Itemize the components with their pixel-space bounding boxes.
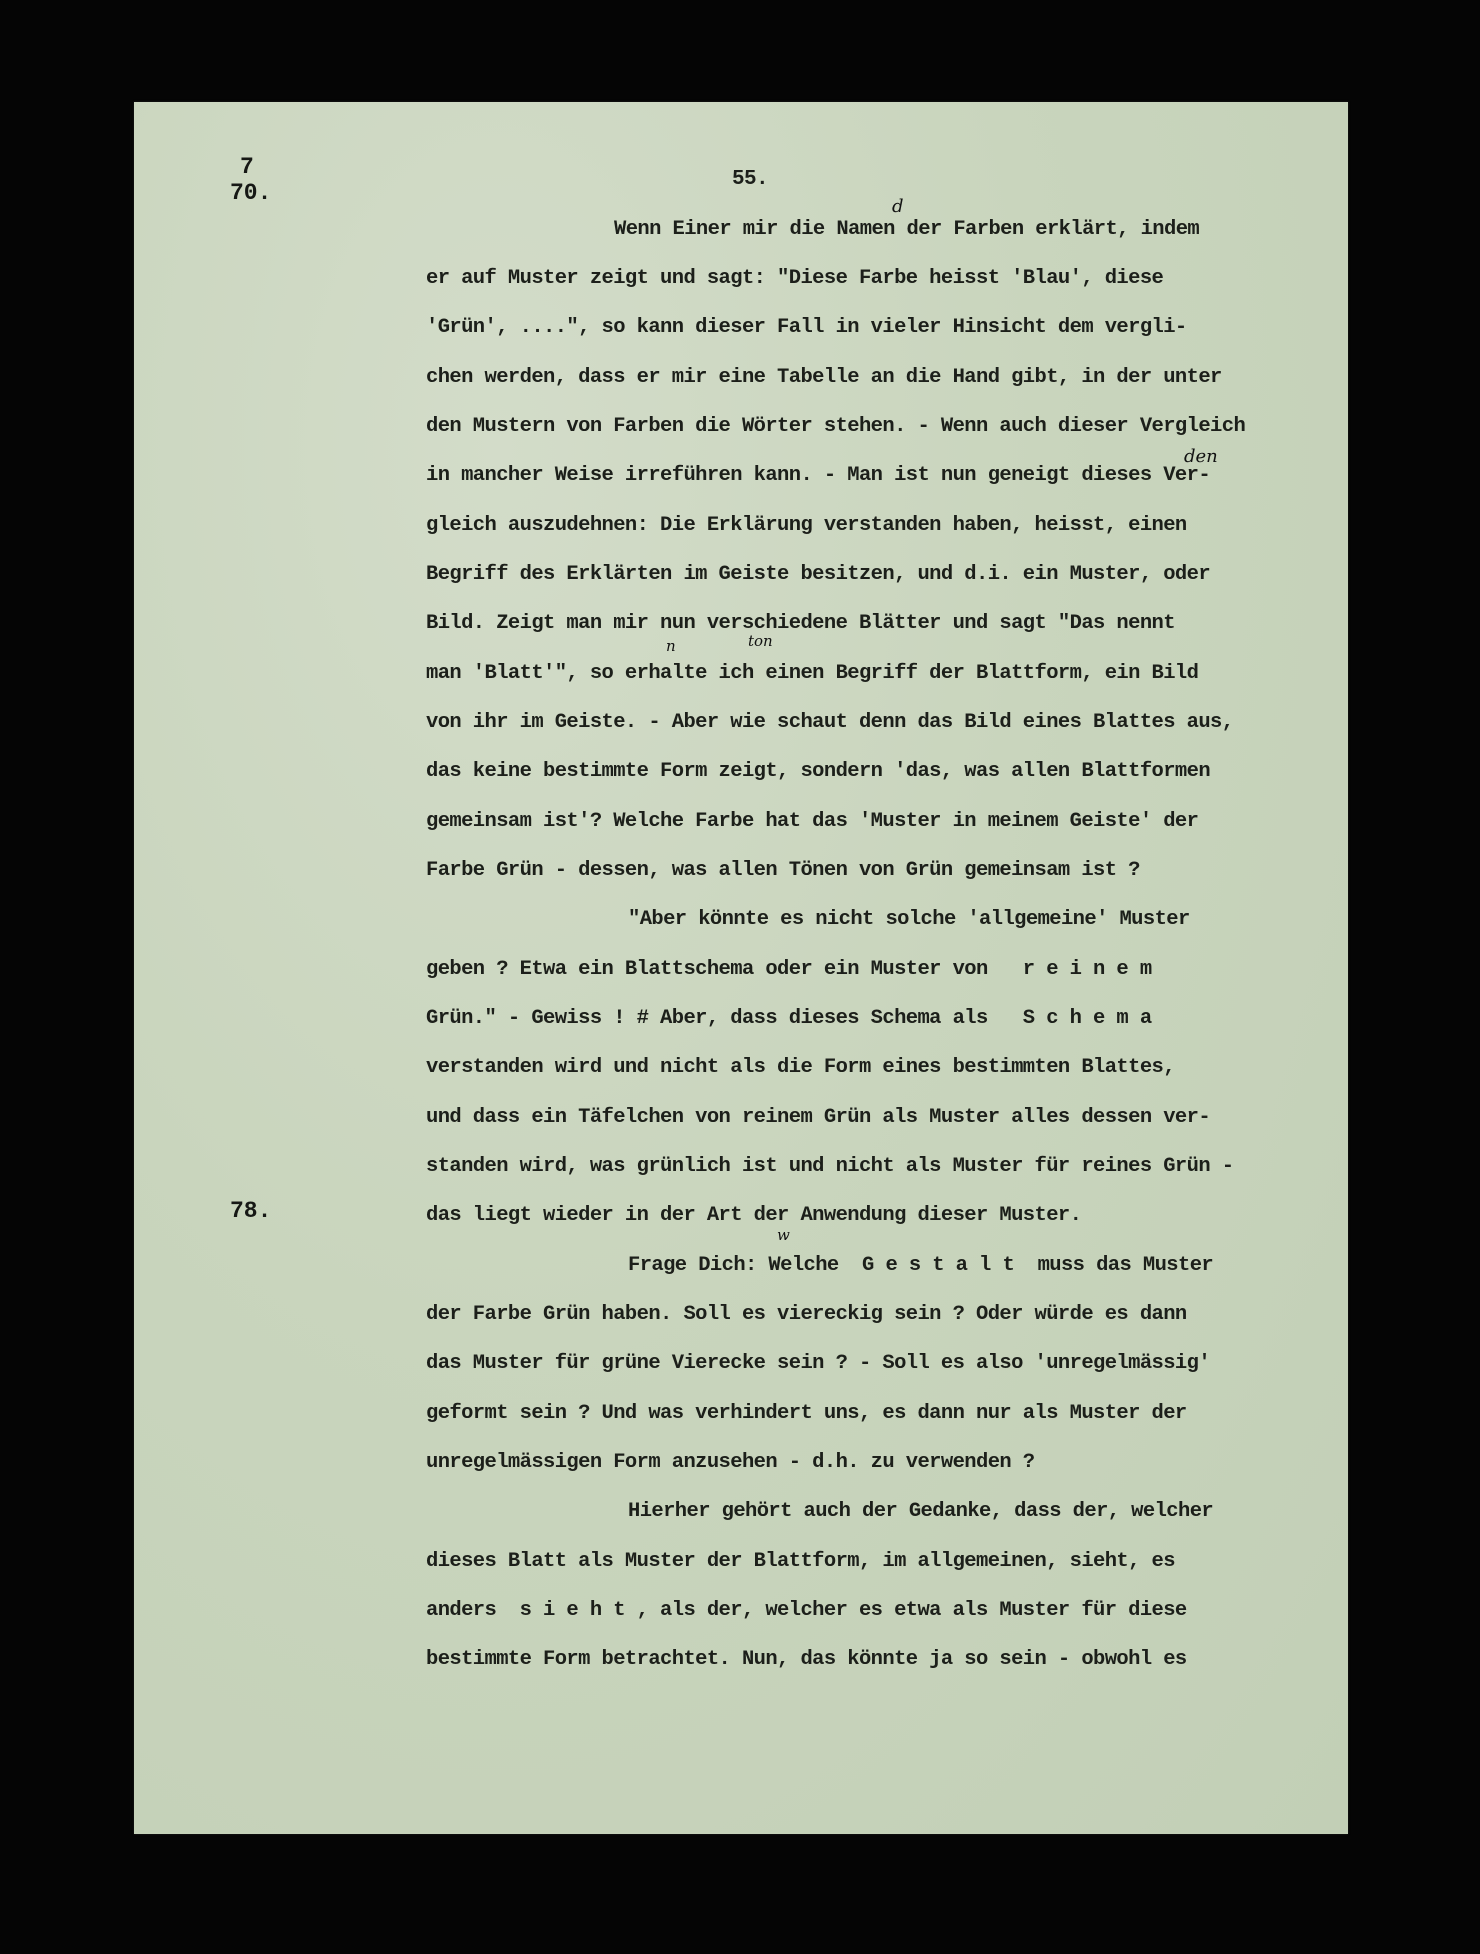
text-line: man 'Blatt'", so erhalte ich einen Begri… — [426, 662, 1198, 685]
handwritten-correction: d — [892, 196, 904, 217]
text-line: Bild. Zeigt man mir nun verschiedene Blä… — [426, 612, 1175, 635]
text-line: dieses Blatt als Muster der Blattform, i… — [426, 1550, 1175, 1573]
typescript-page: 55. 7 70. 78. d den n ton w Wenn Einer m… — [134, 102, 1348, 1834]
text-line: geformt sein ? Und was verhindert uns, e… — [426, 1402, 1187, 1425]
text-line: gleich auszudehnen: Die Erklärung versta… — [426, 514, 1187, 537]
text-line: Wenn Einer mir die Namen der Farben erkl… — [614, 218, 1199, 241]
text-line: standen wird, was grünlich ist und nicht… — [426, 1155, 1233, 1178]
text-line: geben ? Etwa ein Blattschema oder ein Mu… — [426, 958, 1152, 981]
margin-correction-number: 7 — [240, 154, 254, 180]
margin-remark-number: 70. — [230, 180, 271, 206]
text-line: das keine bestimmte Form zeigt, sondern … — [426, 760, 1210, 783]
text-line: Begriff des Erklärten im Geiste besitzen… — [426, 563, 1210, 586]
text-line: Hierher gehört auch der Gedanke, dass de… — [628, 1500, 1213, 1523]
text-line: unregelmässigen Form anzusehen - d.h. zu… — [426, 1451, 1035, 1474]
text-line: Farbe Grün - dessen, was allen Tönen von… — [426, 859, 1140, 882]
text-line: und dass ein Täfelchen von reinem Grün a… — [426, 1106, 1210, 1129]
text-line: anders s i e h t , als der, welcher es e… — [426, 1599, 1187, 1622]
text-line: 'Grün', ....", so kann dieser Fall in vi… — [426, 316, 1187, 339]
text-line: den Mustern von Farben die Wörter stehen… — [426, 415, 1245, 438]
margin-remark-number: 78. — [230, 1198, 271, 1224]
text-line: das liegt wieder in der Art der Anwendun… — [426, 1204, 1081, 1227]
handwritten-correction: w — [777, 1226, 790, 1244]
text-line: das Muster für grüne Vierecke sein ? - S… — [426, 1352, 1210, 1375]
text-line: gemeinsam ist'? Welche Farbe hat das 'Mu… — [426, 810, 1198, 833]
text-line: bestimmte Form betrachtet. Nun, das könn… — [426, 1648, 1187, 1671]
text-line: der Farbe Grün haben. Soll es viereckig … — [426, 1303, 1187, 1326]
text-line: Frage Dich: Welche G e s t a l t muss da… — [628, 1254, 1213, 1277]
handwritten-correction: n — [666, 637, 676, 655]
text-line: chen werden, dass er mir eine Tabelle an… — [426, 366, 1222, 389]
text-line: er auf Muster zeigt und sagt: "Diese Far… — [426, 267, 1163, 290]
text-line: in mancher Weise irreführen kann. - Man … — [426, 464, 1210, 487]
text-line: "Aber könnte es nicht solche 'allgemeine… — [628, 908, 1190, 931]
page-number: 55. — [732, 168, 768, 191]
text-line: von ihr im Geiste. - Aber wie schaut den… — [426, 711, 1233, 734]
text-line: verstanden wird und nicht als die Form e… — [426, 1056, 1175, 1079]
text-line: Grün." - Gewiss ! # Aber, dass dieses Sc… — [426, 1007, 1152, 1030]
